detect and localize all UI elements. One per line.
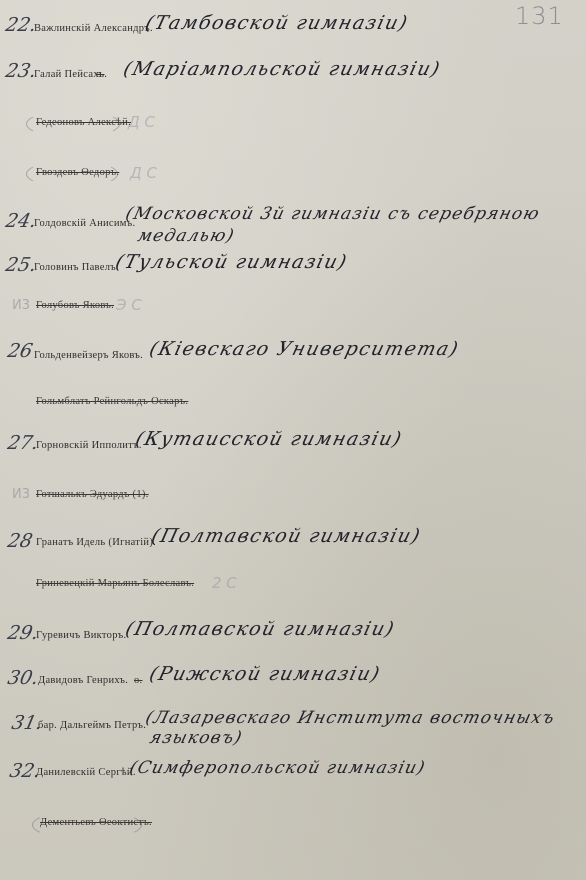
student-name: Важлинскій Александръ.	[34, 23, 153, 34]
student-name: Гриневецкій Марьянъ Болеславъ.	[36, 578, 194, 589]
struck-mark: о.	[96, 69, 104, 80]
handwritten-annotation: (Маріампольской гимназіи)	[121, 58, 443, 80]
handwritten-annotation-line2: языковъ)	[148, 728, 245, 748]
student-name: Гвоздевъ Өедоръ.	[36, 167, 119, 178]
handwritten-annotation: (Тамбовской гимназіи)	[143, 12, 410, 34]
margin-mark: И3	[12, 298, 30, 313]
student-name: Головинъ Павелъ.	[34, 262, 119, 273]
student-name: Гольденвейзеръ Яковъ.	[34, 350, 143, 361]
student-name: Гольмблатъ Рейнгольдъ Оскаръ.	[36, 396, 188, 407]
document-page: 131 22. Важлинскій Александръ. (Тамбовск…	[0, 0, 586, 880]
handwritten-annotation: (Московской 3й гимназіи съ серебряною	[124, 204, 543, 224]
student-name: Давидовъ Генрихъ.	[38, 675, 128, 686]
student-name: Горновскій Ипполитъ.	[36, 440, 142, 451]
pencil-note: 2 С	[212, 574, 237, 592]
handwritten-annotation: (Рижской гимназіи)	[147, 663, 383, 685]
entry-number: 26	[6, 340, 35, 362]
handwritten-annotation-line2: медалью)	[136, 226, 237, 246]
pencil-note: Д С	[128, 113, 155, 131]
handwritten-annotation: (Симферопольской гимназіи)	[128, 758, 428, 778]
student-name: бар. Дальгеймъ Петръ.	[38, 720, 146, 731]
pencil-note: Д С	[130, 164, 157, 182]
student-name: Гранатъ Идель (Игнатій).	[36, 537, 156, 548]
handwritten-annotation: (Кіевскаго Университета)	[147, 338, 461, 360]
student-name: Голдовскій Анисимъ.	[34, 218, 135, 229]
student-name: Гедеоновъ Алексѣй.	[36, 117, 131, 128]
student-name: Гуревичъ Викторъ.	[36, 630, 126, 641]
struck-mark: о.	[134, 675, 142, 686]
handwritten-annotation: (Лазаревскаго Института восточныхъ	[144, 708, 558, 728]
handwritten-annotation: (Тульской гимназіи)	[113, 251, 350, 273]
handwritten-annotation: (Полтавской гимназіи)	[149, 525, 423, 547]
handwritten-annotation: (Полтавской гимназіи)	[123, 618, 397, 640]
student-name: Дементьевъ Өеоктистъ.	[40, 817, 152, 828]
student-name: Голубовъ Яковъ.	[36, 300, 114, 311]
entry-number: 30.	[6, 667, 41, 689]
margin-mark: И3	[12, 487, 30, 502]
handwritten-annotation: (Кутаисской гимназіи)	[133, 428, 405, 450]
entry-number: 28	[6, 530, 35, 552]
page-number: 131	[515, 2, 564, 30]
student-name: Готшалькъ Эдуардъ (1).	[36, 489, 149, 500]
student-name: Данилевскій Сергѣй.	[36, 767, 136, 778]
pencil-note: Э С	[116, 296, 142, 314]
